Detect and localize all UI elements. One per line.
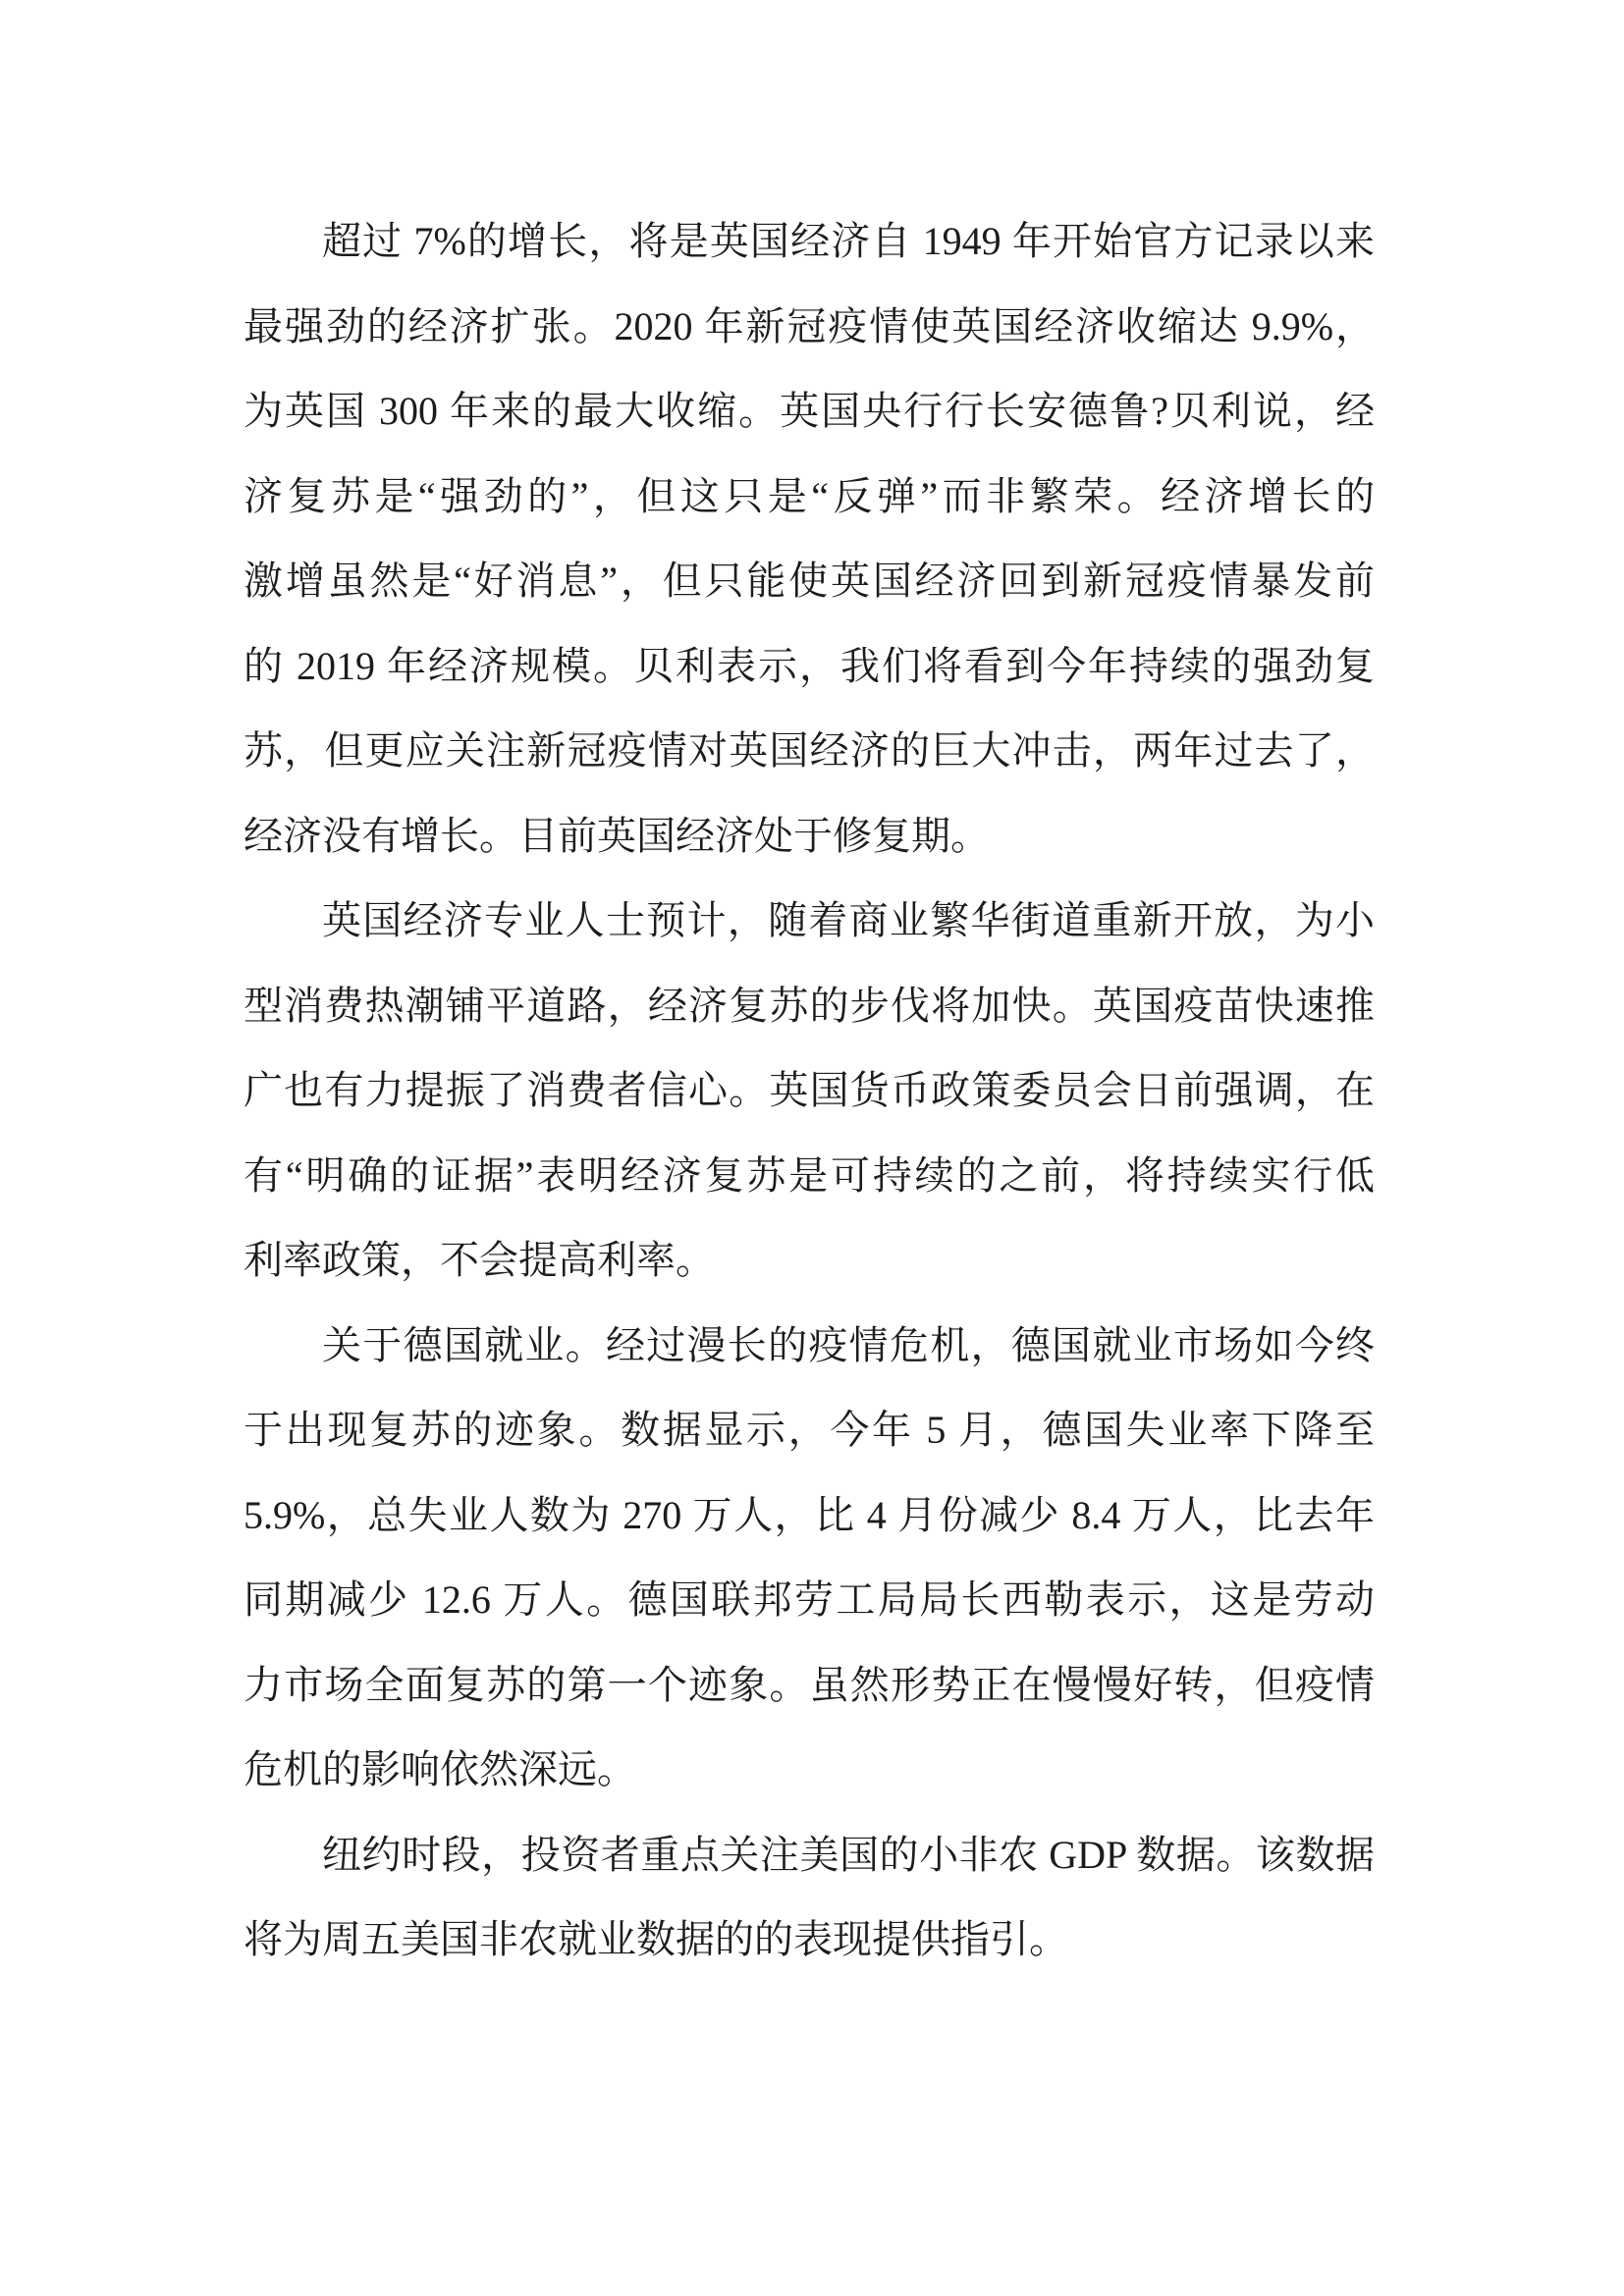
text-line: 关于德国就业。经过漫长的疫情危机，德国就业市场如今终: [244, 1304, 1375, 1389]
text-line: 纽约时段，投资者重点关注美国的小非农 GDP 数据。该数据: [244, 1813, 1375, 1898]
text-line: 广也有力提振了消费者信心。英国货币政策委员会日前强调，在: [244, 1048, 1375, 1134]
text-line: 有“明确的证据”表明经济复苏是可持续的之前，将持续实行低: [244, 1134, 1375, 1219]
text-line: 经济没有增长。目前英国经济处于修复期。: [244, 794, 1375, 880]
text-line: 将为周五美国非农就业数据的的表现提供指引。: [244, 1897, 1375, 1983]
text-line: 苏，但更应关注新冠疫情对英国经济的巨大冲击，两年过去了，: [244, 709, 1375, 794]
text-line: 超过 7%的增长，将是英国经济自 1949 年开始官方记录以来: [244, 199, 1375, 285]
text-line: 力市场全面复苏的第一个迹象。虽然形势正在慢慢好转，但疫情: [244, 1643, 1375, 1729]
text-line: 型消费热潮铺平道路，经济复苏的步伐将加快。英国疫苗快速推: [244, 964, 1375, 1049]
text-line: 为英国 300 年来的最大收缩。英国央行行长安德鲁?贝利说，经: [244, 369, 1375, 454]
text-line: 激增虽然是“好消息”，但只能使英国经济回到新冠疫情暴发前: [244, 539, 1375, 624]
text-line: 于出现复苏的迹象。数据显示，今年 5 月，德国失业率下降至: [244, 1388, 1375, 1473]
text-line: 利率政策，不会提高利率。: [244, 1218, 1375, 1304]
text-line: 最强劲的经济扩张。2020 年新冠疫情使英国经济收缩达 9.9%，: [244, 285, 1375, 370]
text-line: 5.9%，总失业人数为 270 万人，比 4 月份减少 8.4 万人，比去年: [244, 1473, 1375, 1559]
text-line: 危机的影响依然深远。: [244, 1728, 1375, 1813]
text-block: 超过 7%的增长，将是英国经济自 1949 年开始官方记录以来最强劲的经济扩张。…: [244, 199, 1375, 1983]
text-line: 同期减少 12.6 万人。德国联邦劳工局局长西勒表示，这是劳动: [244, 1558, 1375, 1643]
text-line: 英国经济专业人士预计，随着商业繁华街道重新开放，为小: [244, 879, 1375, 964]
text-line: 济复苏是“强劲的”，但这只是“反弹”而非繁荣。经济增长的: [244, 454, 1375, 540]
text-line: 的 2019 年经济规模。贝利表示，我们将看到今年持续的强劲复: [244, 624, 1375, 710]
document-page: 超过 7%的增长，将是英国经济自 1949 年开始官方记录以来最强劲的经济扩张。…: [0, 0, 1624, 2296]
